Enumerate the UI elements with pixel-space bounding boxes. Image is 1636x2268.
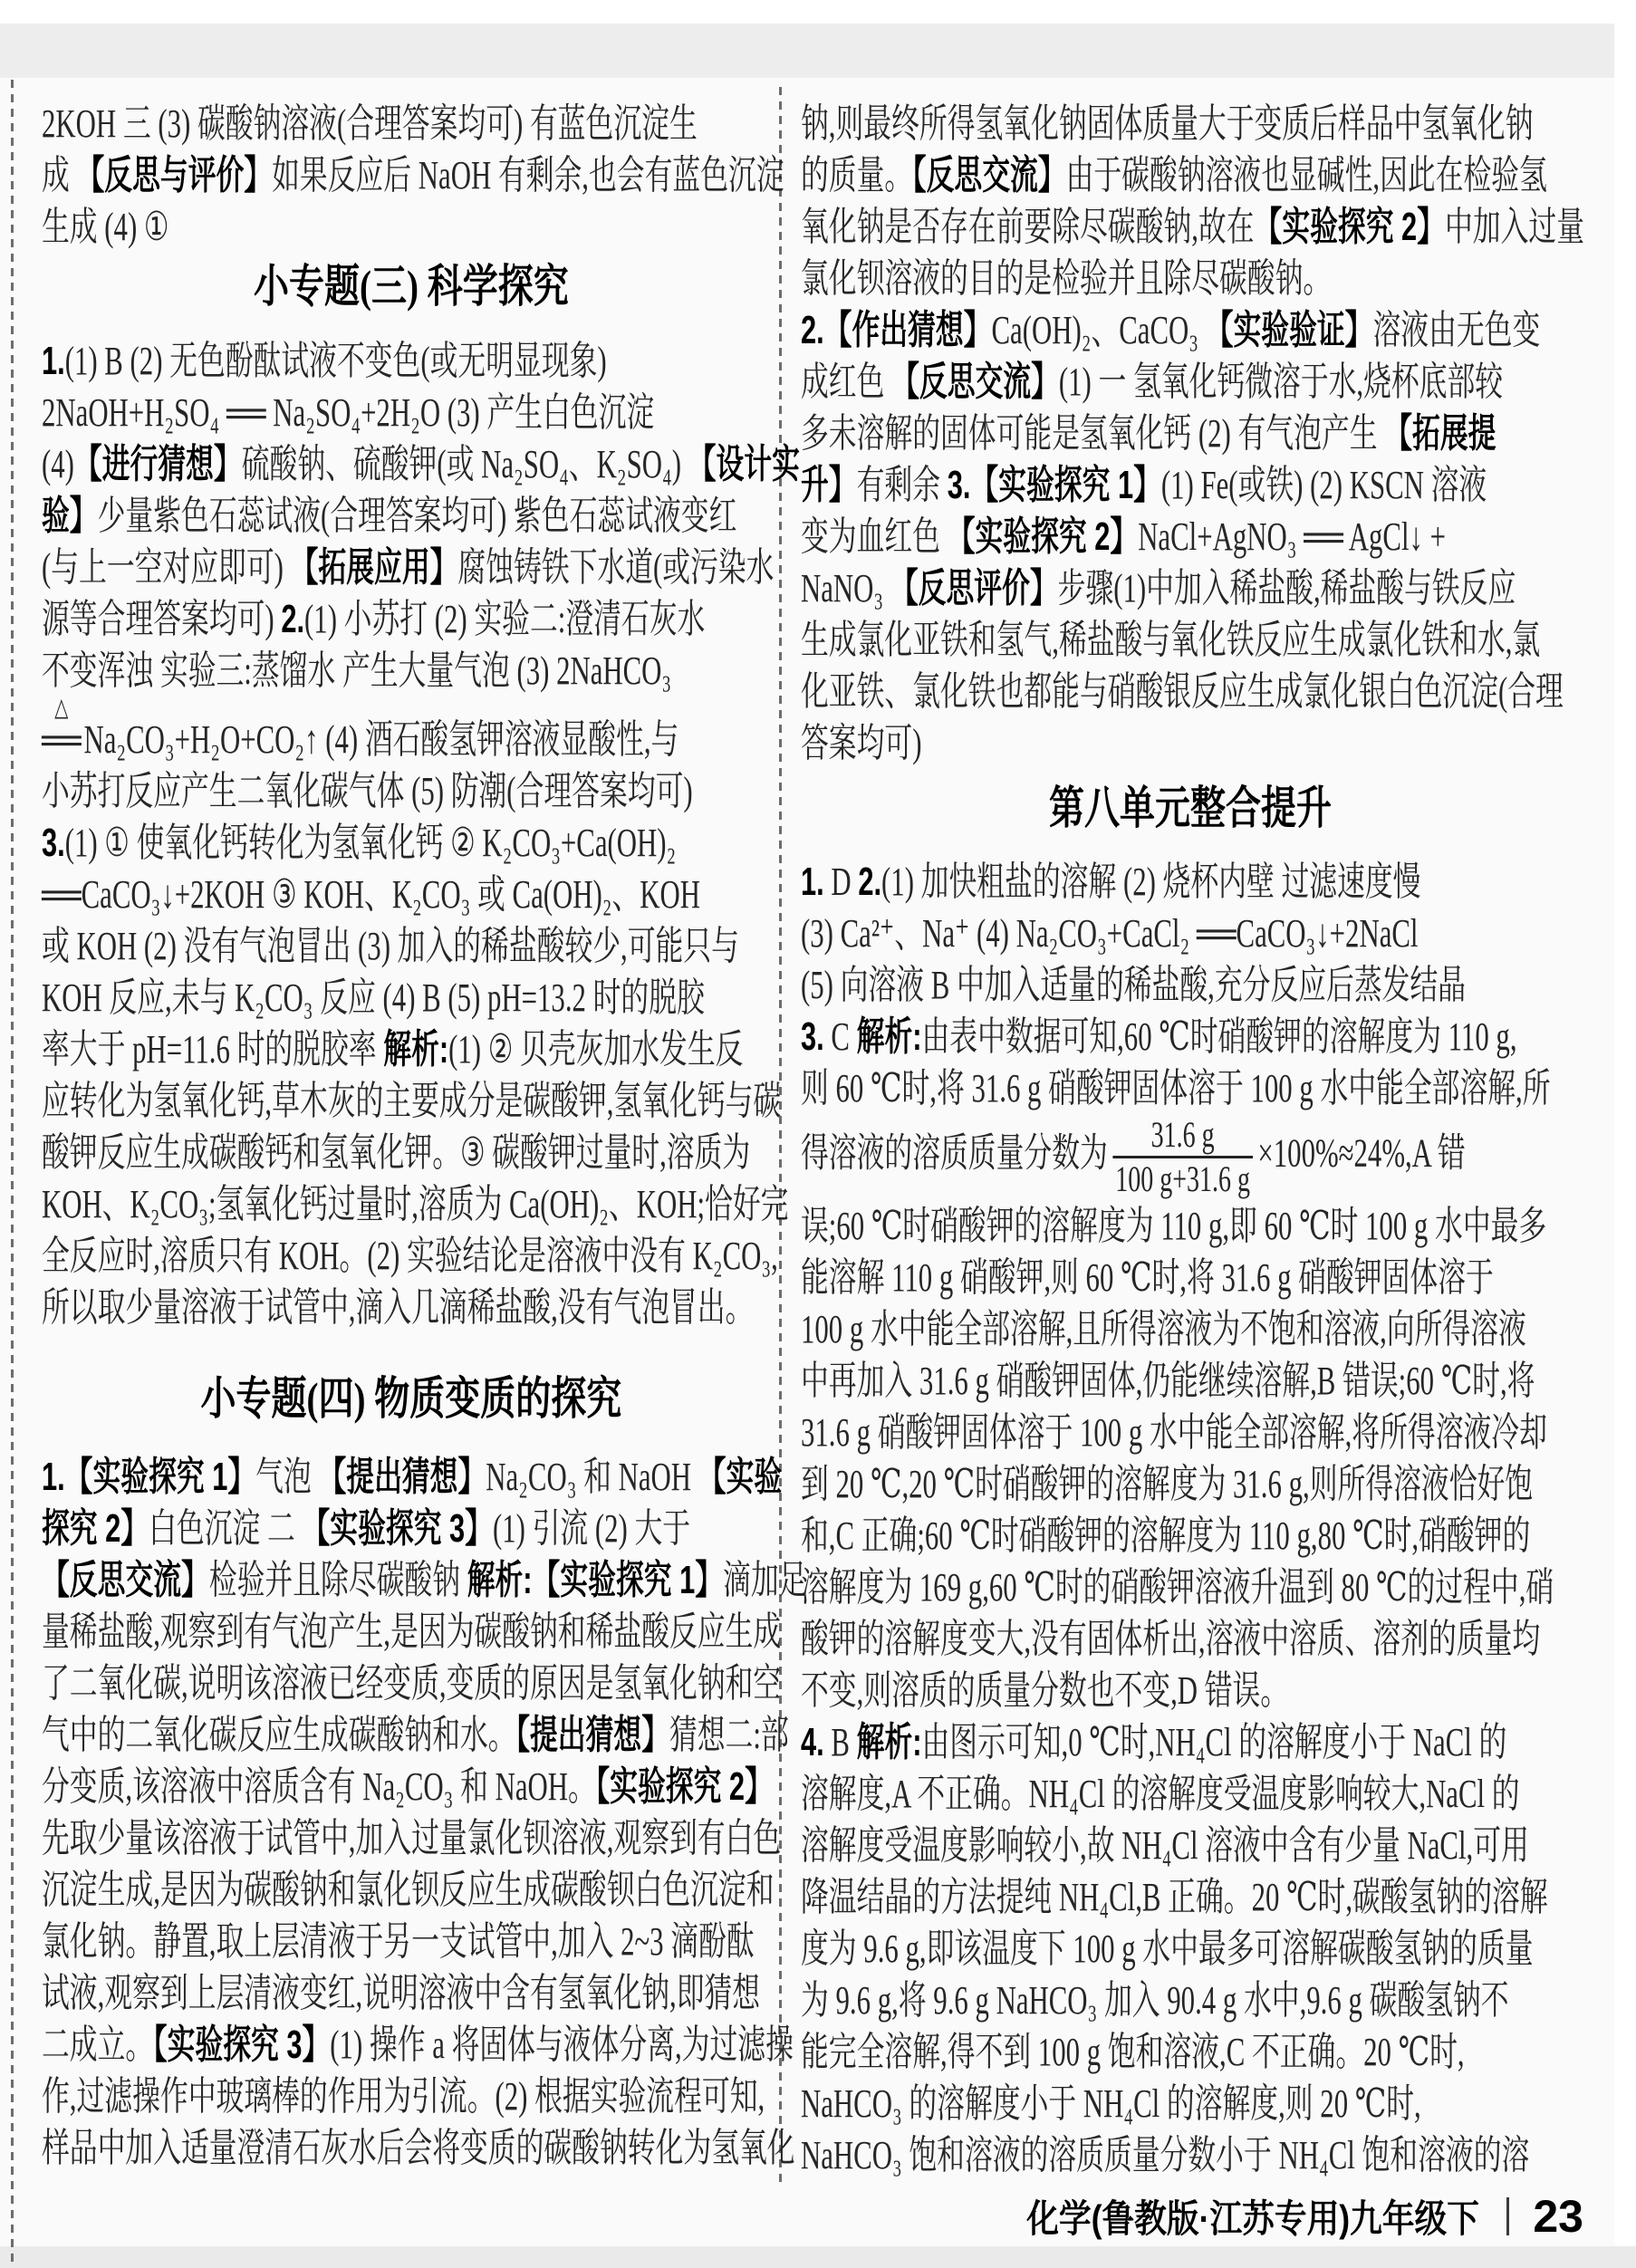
- text-run: 不变浑浊 实验三:蒸馏水 产生大量气泡 (3) 2NaHCO₃: [42, 649, 671, 693]
- page-footer: 化学(鲁教版·江苏专用)九年级下 23: [947, 2190, 1583, 2243]
- bold-label: 【进行猜想】: [74, 442, 242, 486]
- text-run: 答案均可): [801, 721, 921, 765]
- text-line: (5) 向溶液 B 中加入适量的稀盐酸,充分反应后蒸发结晶: [801, 959, 1581, 1011]
- bold-label: 3.: [801, 1014, 824, 1059]
- text-run: 度为 9.6 g,即该温度下 100 g 水中最多可溶解碳酸氢钠的质量: [801, 1927, 1534, 1971]
- text-line: 溶解度为 169 g,60 ℃时的硝酸钾溶液升温到 80 ℃的过程中,硝: [801, 1562, 1581, 1613]
- text-run: 沉淀生成,是因为碳酸钠和氯化钡反应生成碳酸钡白色沉淀和: [42, 1868, 775, 1912]
- text-run: 和,C 正确;60 ℃时硝酸钾的溶解度为 110 g,80 ℃时,硝酸钾的: [801, 1514, 1530, 1558]
- text-line: 验】少量紫色石蕊试液(合理答案均可) 紫色石蕊试液变红: [42, 490, 784, 542]
- text-line: 升】有剩余 3.【实验探究 1】(1) Fe(或铁) (2) KSCN 溶液: [801, 459, 1581, 511]
- text-line: 则 60 ℃时,将 31.6 g 硝酸钾固体溶于 100 g 水中能全部溶解,所: [801, 1062, 1581, 1114]
- text-run: (1) ② 贝壳灰加水发生反: [448, 1027, 743, 1072]
- text-run: 腐蚀铸铁下水道(或污染水: [457, 545, 774, 590]
- text-line: KOH 反应,未与 K₂CO₃ 反应 (4) B (5) pH=13.2 时的脱…: [42, 972, 784, 1023]
- text-run: 率大于 pH=11.6 时的脱胶率: [42, 1027, 383, 1072]
- text-line: 生成 (4) ①: [42, 201, 784, 253]
- left-edge-dashed-line: [11, 80, 14, 2268]
- text-line: 小苏打反应产生二氧化碳气体 (5) 防潮(合理答案均可): [42, 765, 784, 817]
- text-run: 检验并且除尽碳酸钠: [209, 1558, 467, 1602]
- text-line: 酸钾反应生成碳酸钙和氢氧化钾。③ 碳酸钾过量时,溶质为: [42, 1127, 784, 1178]
- text-run: (1) 加快粗盐的溶解 (2) 烧杯内壁 过滤速度慢: [881, 860, 1420, 904]
- text-run: 能完全溶解,得不到 100 g 饱和溶液,C 不正确。20 ℃时,: [801, 2030, 1465, 2074]
- text-run: 溶解度,A 不正确。NH₄Cl 的溶解度受温度影响较大,NaCl 的: [801, 1772, 1520, 1816]
- bold-label: 1.: [801, 860, 824, 904]
- text-line: 化亚铁、氯化铁也都能与硝酸银反应生成氯化银白色沉淀(合理: [801, 666, 1581, 717]
- fraction: 31.6 g100 g+31.6 g: [1112, 1114, 1252, 1200]
- heading-unit8: 第八单元整合提升: [801, 783, 1580, 833]
- text-run: 由表中数据可知,60 ℃时硝酸钾的溶解度为 110 g,: [922, 1014, 1517, 1059]
- text-run: 的质量。: [801, 153, 912, 197]
- text-line: 溶解度,A 不正确。NH₄Cl 的溶解度受温度影响较大,NaCl 的: [801, 1768, 1581, 1820]
- bold-label: 探究 2】: [42, 1506, 149, 1551]
- text-run: 应转化为氢氧化钙,草木灰的主要成分是碳酸钾,氢氧化钙与碳: [42, 1079, 781, 1123]
- text-run: NaNO₃: [801, 566, 890, 610]
- bold-label: 【实验验证】: [1206, 308, 1373, 352]
- text-run: 氯化钠。静置,取上层清液于另一支试管中,加入 2~3 滴酚酞: [42, 1919, 755, 1964]
- text-run: B: [824, 1720, 857, 1764]
- text-run: 不变,则溶质的质量分数也不变,D 错误。: [801, 1668, 1288, 1713]
- text-line: 1.【实验探究 1】气泡 【提出猜想】Na₂CO₃ 和 NaOH 【实验: [42, 1451, 784, 1503]
- text-line: 误;60 ℃时硝酸钾的溶解度为 110 g,即 60 ℃时 100 g 水中最多: [801, 1200, 1581, 1252]
- text-run: NaHCO₃ 饱和溶液的溶质质量分数小于 NH₄Cl 饱和溶液的溶: [801, 2133, 1529, 2177]
- bold-label: 【实验探究 2】: [596, 1764, 773, 1809]
- text-line: 100 g 水中能全部溶解,且所得溶液为不饱和溶液,向所得溶液: [801, 1303, 1581, 1355]
- bold-label: 4.: [801, 1720, 824, 1764]
- text-line: 降温结晶的方法提纯 NH₄Cl,B 正确。20 ℃时,碳酸氢钠的溶解: [801, 1871, 1581, 1923]
- text-run: (5) 向溶液 B 中加入适量的稀盐酸,充分反应后蒸发结晶: [801, 963, 1466, 1007]
- text-run: 猜想二:部: [669, 1713, 789, 1757]
- text-line: 或 KOH (2) 没有气泡冒出 (3) 加入的稀盐酸较少,可能只与: [42, 920, 784, 972]
- text-line: NaHCO₃ 的溶解度小于 NH₄Cl 的溶解度,则 20 ℃时,: [801, 2078, 1581, 2129]
- text-run: 气中的二氧化碳反应生成碳酸钠和水。: [42, 1713, 516, 1757]
- text-run: (1) Fe(或铁) (2) KSCN 溶液: [1161, 463, 1487, 507]
- bold-label: 2.【作出猜想】: [801, 308, 991, 352]
- bold-label: 升】: [801, 463, 857, 507]
- text-line: 的质量。【反思交流】由于碳酸钠溶液也显碱性,因此在检验氢: [801, 149, 1581, 201]
- text-run: 样品中加入适量澄清石灰水后会将变质的碳酸钠转化为氢氧化: [42, 2126, 795, 2170]
- reaction-condition-stack: △══: [42, 697, 82, 760]
- text-line: 源等合理答案均可) 2.(1) 小苏打 (2) 实验二:澄清石灰水: [42, 593, 784, 645]
- text-run: 变为血红色: [801, 514, 948, 559]
- text-run: 少量紫色石蕊试液(合理答案均可) 紫色石蕊试液变红: [98, 494, 737, 538]
- text-run: 先取少量该溶液于试管中,加入过量氯化钡溶液,观察到有白色: [42, 1816, 781, 1860]
- text-run: 酸钾反应生成碳酸钙和氢氧化钾。③ 碳酸钾过量时,溶质为: [42, 1130, 750, 1175]
- text-run: 则 60 ℃时,将 31.6 g 硝酸钾固体溶于 100 g 水中能全部溶解,所: [801, 1066, 1551, 1110]
- bold-label: 【拓展应用】: [291, 545, 458, 590]
- bold-label: 【实验探究 2】: [1255, 205, 1445, 249]
- fraction-numerator: 31.6 g: [1112, 1114, 1252, 1158]
- text-run: (1) 一 氢氧化钙微溶于水,烧杯底部较: [1059, 360, 1503, 404]
- bold-label: 【提出猜想】: [516, 1713, 669, 1757]
- text-run: 有剩余: [857, 463, 948, 507]
- text-line: ══CaCO₃↓+2KOH ③ KOH、K₂CO₃ 或 Ca(OH)₂、KOH: [42, 869, 784, 920]
- equals-sign: ══: [42, 720, 82, 760]
- text-line: 1. D 2.(1) 加快粗盐的溶解 (2) 烧杯内壁 过滤速度慢: [801, 856, 1581, 908]
- text-run: 滴加足: [723, 1558, 806, 1602]
- text-line: 中再加入 31.6 g 硝酸钾固体,仍能继续溶解,B 错误;60 ℃时,将: [801, 1355, 1581, 1407]
- text-line: 1.(1) B (2) 无色酚酞试液不变色(或无明显现象): [42, 335, 784, 387]
- text-line: NaHCO₃ 饱和溶液的溶质质量分数小于 NH₄Cl 饱和溶液的溶: [801, 2129, 1581, 2181]
- text-run: 二成立。: [42, 2023, 153, 2067]
- text-line: 量稀盐酸,观察到有气泡产生,是因为碳酸钠和稀盐酸反应生成: [42, 1606, 784, 1658]
- text-run: NaCl+AgNO₃ ══ AgCl↓ +: [1138, 514, 1446, 559]
- bold-label: 解析:: [383, 1027, 448, 1072]
- text-run: 步骤(1)中加入稀盐酸,稀盐酸与铁反应: [1058, 566, 1516, 610]
- text-line: 应转化为氢氧化钙,草木灰的主要成分是碳酸钾,氢氧化钙与碳: [42, 1075, 784, 1127]
- text-run: 酸钾的溶解度变大,没有固体析出,溶液中溶质、溶剂的质量均: [801, 1617, 1540, 1661]
- text-run: (1) 操作 a 将固体与液体分离,为过滤操: [330, 2023, 794, 2067]
- text-run: 或 KOH (2) 没有气泡冒出 (3) 加入的稀盐酸较少,可能只与: [42, 924, 739, 968]
- text-run: 试液,观察到上层清液变红,说明溶液中含有氢氧化钠,即猜想: [42, 1971, 760, 2015]
- text-run: ×100%≈24%,A 错: [1257, 1131, 1465, 1176]
- text-run: 氯化钡溶液的目的是检验并且除尽碳酸钠。: [801, 256, 1331, 301]
- text-run: 分变质,该溶液中溶质含有 Na₂CO₃ 和 NaOH。: [42, 1764, 596, 1809]
- text-line: 分变质,该溶液中溶质含有 Na₂CO₃ 和 NaOH。【实验探究 2】: [42, 1761, 784, 1812]
- text-run: 了二氧化碳,说明该溶液已经变质,变质的原因是氢氧化钠和空: [42, 1661, 781, 1706]
- bold-label: 解析:【实验探究 1】: [467, 1558, 723, 1602]
- text-line: 了二氧化碳,说明该溶液已经变质,变质的原因是氢氧化钠和空: [42, 1658, 784, 1709]
- text-run: D: [824, 860, 859, 904]
- text-line: 钠,则最终所得氢氧化钠固体质量大于变质后样品中氢氧化钠: [801, 98, 1581, 149]
- text-run: 成红色: [801, 360, 891, 404]
- text-run: 降温结晶的方法提纯 NH₄Cl,B 正确。20 ℃时,碳酸氢钠的溶解: [801, 1875, 1548, 1919]
- text-run: (1) 小苏打 (2) 实验二:澄清石灰水: [304, 597, 705, 641]
- footer-divider-bar: [1506, 2197, 1509, 2235]
- text-run: 量稀盐酸,观察到有气泡产生,是因为碳酸钠和稀盐酸反应生成: [42, 1610, 781, 1654]
- text-run: 中再加入 31.6 g 硝酸钾固体,仍能继续溶解,B 错误;60 ℃时,将: [801, 1359, 1535, 1403]
- text-run: 硫酸钠、硫酸钾(或 Na₂SO₄、K₂SO₄): [242, 442, 688, 486]
- text-line: 率大于 pH=11.6 时的脱胶率 解析:(1) ② 贝壳灰加水发生反: [42, 1023, 784, 1075]
- bold-label: 【实验探究 2】: [948, 514, 1138, 559]
- footer-book-title: 化学(鲁教版·江苏专用)九年级下: [1027, 2189, 1480, 2244]
- text-run: 由图示可知,0 ℃时,NH₄Cl 的溶解度小于 NaCl 的: [922, 1720, 1507, 1764]
- page-top-margin: [0, 0, 1636, 24]
- text-run: 如果反应后 NaOH 有剩余,也会有蓝色沉淀: [272, 153, 784, 197]
- scan-bottom-band: [0, 2246, 1636, 2268]
- bold-label: 1.: [42, 339, 65, 383]
- text-line: KOH、K₂CO₃;氢氧化钙过量时,溶质为 Ca(OH)₂、KOH;恰好完: [42, 1178, 784, 1230]
- text-line: 溶解度受温度影响较小,故 NH₄Cl 溶液中含有少量 NaCl,可用: [801, 1820, 1581, 1871]
- text-line: 答案均可): [801, 717, 1581, 769]
- bold-label: 【实验探究 3】: [153, 2023, 330, 2067]
- right-column-unit8-block: 1. D 2.(1) 加快粗盐的溶解 (2) 烧杯内壁 过滤速度慢(3) Ca²…: [801, 856, 1636, 2181]
- bold-label: 【实验探究 3】: [302, 1506, 492, 1551]
- text-line: 4. B 解析:由图示可知,0 ℃时,NH₄Cl 的溶解度小于 NaCl 的: [801, 1716, 1581, 1768]
- bold-label: 【反思评价】: [890, 566, 1058, 610]
- text-run: Na₂CO₃ 和 NaOH: [486, 1455, 698, 1499]
- text-run: 多未溶解的固体可能是氢氧化钙 (2) 有气泡产生: [801, 411, 1384, 456]
- text-run: 成: [42, 153, 77, 197]
- text-line: (4)【进行猜想】硫酸钠、硫酸钾(或 Na₂SO₄、K₂SO₄) 【设计实: [42, 438, 784, 490]
- text-line: 全反应时,溶质只有 KOH。(2) 实验结论是溶液中没有 K₂CO₃,: [42, 1230, 784, 1282]
- bold-label: 【提出猜想】: [318, 1455, 486, 1499]
- text-line: 所以取少量溶液于试管中,滴入几滴稀盐酸,没有气泡冒出。: [42, 1282, 784, 1333]
- text-run: Na₂CO₃+H₂O+CO₂↑ (4) 酒石酸氢钾溶液显酸性,与: [83, 717, 678, 762]
- text-line: 作,过滤操作中玻璃棒的作用为引流。(2) 根据实验流程可知,: [42, 2071, 784, 2122]
- text-run: 100 g 水中能全部溶解,且所得溶液为不饱和溶液,向所得溶液: [801, 1307, 1526, 1351]
- text-line: 2NaOH+H₂SO₄ ══ Na₂SO₄+2H₂O (3) 产生白色沉淀: [42, 387, 784, 438]
- text-run: 由于碳酸钠溶液也显碱性,因此在检验氢: [1066, 153, 1547, 197]
- bold-label: 【反思交流】: [912, 153, 1065, 197]
- text-run: 为 9.6 g,将 9.6 g NaHCO₃ 加入 90.4 g 水中,9.6 …: [801, 1978, 1509, 2023]
- heading-topic3: 小专题(三) 科学探究: [42, 261, 781, 312]
- text-line: 能溶解 110 g 硝酸钾,则 60 ℃时,将 31.6 g 硝酸钾固体溶于: [801, 1252, 1581, 1303]
- text-run: 得溶液的溶质质量分数为: [801, 1131, 1108, 1176]
- text-line: 沉淀生成,是因为碳酸钠和氯化钡反应生成碳酸钡白色沉淀和: [42, 1864, 784, 1916]
- text-line: 成 【反思与评价】如果反应后 NaOH 有剩余,也会有蓝色沉淀: [42, 149, 784, 201]
- text-run: 化亚铁、氯化铁也都能与硝酸银反应生成氯化银白色沉淀(合理: [801, 669, 1564, 714]
- text-run: 溶解度受温度影响较小,故 NH₄Cl 溶液中含有少量 NaCl,可用: [801, 1823, 1529, 1868]
- text-run: 钠,则最终所得氢氧化钠固体质量大于变质后样品中氢氧化钠: [801, 101, 1534, 146]
- text-run: (与上一空对应即可): [42, 545, 291, 590]
- text-line: 氯化钡溶液的目的是检验并且除尽碳酸钠。: [801, 253, 1581, 304]
- bold-label: 【拓展提: [1384, 411, 1496, 456]
- right-column-continued-block: 钠,则最终所得氢氧化钠固体质量大于变质后样品中氢氧化钠的质量。【反思交流】由于碳…: [801, 98, 1636, 769]
- text-run: 作,过滤操作中玻璃棒的作用为引流。(2) 根据实验流程可知,: [42, 2074, 765, 2119]
- text-run: 溶液由无色变: [1372, 308, 1540, 352]
- bold-label: 2.: [281, 597, 304, 641]
- text-line: 氯化钠。静置,取上层清液于另一支试管中,加入 2~3 滴酚酞: [42, 1916, 784, 1967]
- text-run: (3) Ca²⁺、Na⁺ (4) Na₂CO₃+CaCl₂ ══CaCO₃↓+2…: [801, 911, 1418, 956]
- text-line: 成红色 【反思交流】(1) 一 氢氧化钙微溶于水,烧杯底部较: [801, 356, 1581, 408]
- text-line: 为 9.6 g,将 9.6 g NaHCO₃ 加入 90.4 g 水中,9.6 …: [801, 1975, 1581, 2026]
- text-line: 酸钾的溶解度变大,没有固体析出,溶液中溶质、溶剂的质量均: [801, 1613, 1581, 1665]
- bold-label: 验】: [42, 494, 98, 538]
- bold-label: 【实验: [698, 1455, 782, 1499]
- text-line: 3.(1) ① 使氧化钙转化为氢氧化钙 ② K₂CO₃+Ca(OH)₂: [42, 817, 784, 869]
- text-line: 不变浑浊 实验三:蒸馏水 产生大量气泡 (3) 2NaHCO₃: [42, 645, 784, 697]
- text-line: 变为血红色 【实验探究 2】NaCl+AgNO₃ ══ AgCl↓ +: [801, 511, 1581, 562]
- text-line: 2KOH 三 (3) 碳酸钠溶液(合理答案均可) 有蓝色沉淀生: [42, 98, 784, 149]
- text-run: 源等合理答案均可): [42, 597, 281, 641]
- text-run: C: [824, 1014, 857, 1059]
- heading-unit8-text: 第八单元整合提升: [1049, 783, 1332, 833]
- bold-label: 【设计实: [688, 442, 800, 486]
- text-run: (1) B (2) 无色酚酞试液不变色(或无明显现象): [65, 339, 607, 383]
- text-run: NaHCO₃ 的溶解度小于 NH₄Cl 的溶解度,则 20 ℃时,: [801, 2081, 1421, 2126]
- heading-topic4-text: 小专题(四) 物质变质的探究: [201, 1373, 622, 1424]
- text-line: 得溶液的溶质质量分数为31.6 g100 g+31.6 g×100%≈24%,A…: [801, 1114, 1581, 1200]
- text-run: 全反应时,溶质只有 KOH。(2) 实验结论是溶液中没有 K₂CO₃,: [42, 1234, 778, 1278]
- text-line: 生成氯化亚铁和氢气,稀盐酸与氧化铁反应生成氯化铁和水,氯: [801, 614, 1581, 666]
- bold-label: 【反思与评价】: [77, 153, 273, 197]
- text-run: 气泡: [255, 1455, 318, 1499]
- text-run: 生成 (4) ①: [42, 205, 169, 249]
- bold-label: 【反思交流】: [42, 1558, 209, 1602]
- text-run: 2KOH 三 (3) 碳酸钠溶液(合理答案均可) 有蓝色沉淀生: [42, 101, 698, 146]
- text-run: ══CaCO₃↓+2KOH ③ KOH、K₂CO₃ 或 Ca(OH)₂、KOH: [42, 872, 700, 917]
- text-line: 【反思交流】检验并且除尽碳酸钠 解析:【实验探究 1】滴加足: [42, 1554, 784, 1606]
- text-run: 所以取少量溶液于试管中,滴入几滴稀盐酸,没有气泡冒出。: [42, 1285, 753, 1330]
- text-line: 到 20 ℃,20 ℃时硝酸钾的溶解度为 31.6 g,则所得溶液恰好饱: [801, 1458, 1581, 1510]
- text-line: 先取少量该溶液于试管中,加入过量氯化钡溶液,观察到有白色: [42, 1812, 784, 1864]
- bold-label: 解析:: [857, 1720, 922, 1764]
- scan-gray-band: [0, 24, 1636, 78]
- text-run: 生成氯化亚铁和氢气,稀盐酸与氧化铁反应生成氯化铁和水,氯: [801, 618, 1540, 662]
- text-line: 氧化钠是否存在前要除尽碳酸钠,故在【实验探究 2】中加入过量: [801, 201, 1581, 253]
- bold-label: 3.: [42, 821, 65, 865]
- text-line: 试液,观察到上层清液变红,说明溶液中含有氢氧化钠,即猜想: [42, 1967, 784, 2019]
- text-line: 2.【作出猜想】Ca(OH)₂、CaCO₃ 【实验验证】溶液由无色变: [801, 304, 1581, 356]
- text-line: (3) Ca²⁺、Na⁺ (4) Na₂CO₃+CaCl₂ ══CaCO₃↓+2…: [801, 908, 1581, 959]
- text-run: 氧化钠是否存在前要除尽碳酸钠,故在: [801, 205, 1255, 249]
- bold-label: 1.【实验探究 1】: [42, 1455, 255, 1499]
- text-line: (与上一空对应即可) 【拓展应用】腐蚀铸铁下水道(或污染水: [42, 542, 784, 593]
- text-line: 能完全溶解,得不到 100 g 饱和溶液,C 不正确。20 ℃时,: [801, 2026, 1581, 2078]
- text-run: (1) 引流 (2) 大于: [493, 1506, 690, 1551]
- text-run: KOH 反应,未与 K₂CO₃ 反应 (4) B (5) pH=13.2 时的脱…: [42, 975, 705, 1020]
- text-run: 中加入过量: [1445, 205, 1584, 249]
- bold-label: 3.【实验探究 1】: [948, 463, 1161, 507]
- text-run: 小苏打反应产生二氧化碳气体 (5) 防潮(合理答案均可): [42, 769, 693, 813]
- text-line: 不变,则溶质的质量分数也不变,D 错误。: [801, 1665, 1581, 1716]
- bold-label: 解析:: [857, 1014, 922, 1059]
- text-run: 误;60 ℃时硝酸钾的溶解度为 110 g,即 60 ℃时 100 g 水中最多: [801, 1204, 1546, 1248]
- text-run: 2NaOH+H₂SO₄ ══ Na₂SO₄+2H₂O (3) 产生白色沉淀: [42, 390, 654, 435]
- footer-page-number: 23: [1533, 2190, 1583, 2243]
- text-run: Ca(OH)₂、CaCO₃: [991, 308, 1205, 352]
- fraction-denominator: 100 g+31.6 g: [1112, 1158, 1252, 1200]
- heading-topic3-text: 小专题(三) 科学探究: [254, 261, 569, 312]
- text-run: 能溶解 110 g 硝酸钾,则 60 ℃时,将 31.6 g 硝酸钾固体溶于: [801, 1255, 1494, 1300]
- text-line: 二成立。【实验探究 3】(1) 操作 a 将固体与液体分离,为过滤操: [42, 2019, 784, 2071]
- text-run: 31.6 g 硝酸钾固体溶于 100 g 水中能全部溶解,将所得溶液冷却: [801, 1410, 1547, 1455]
- text-line: 多未溶解的固体可能是氢氧化钙 (2) 有气泡产生 【拓展提: [801, 408, 1581, 459]
- text-line: 样品中加入适量澄清石灰水后会将变质的碳酸钠转化为氢氧化: [42, 2122, 784, 2174]
- text-run: KOH、K₂CO₃;氢氧化钙过量时,溶质为 Ca(OH)₂、KOH;恰好完: [42, 1182, 788, 1226]
- text-run: (1) ① 使氧化钙转化为氢氧化钙 ② K₂CO₃+Ca(OH)₂: [65, 821, 677, 865]
- bold-label: 2.: [858, 860, 881, 904]
- text-run: 溶解度为 169 g,60 ℃时的硝酸钾溶液升温到 80 ℃的过程中,硝: [801, 1565, 1554, 1610]
- text-line: 31.6 g 硝酸钾固体溶于 100 g 水中能全部溶解,将所得溶液冷却: [801, 1407, 1581, 1458]
- text-run: 白色沉淀 二: [149, 1506, 302, 1551]
- heading-topic4: 小专题(四) 物质变质的探究: [42, 1373, 781, 1424]
- text-line: 探究 2】白色沉淀 二 【实验探究 3】(1) 引流 (2) 大于: [42, 1503, 784, 1554]
- text-line: 3. C 解析:由表中数据可知,60 ℃时硝酸钾的溶解度为 110 g,: [801, 1011, 1581, 1062]
- bold-label: 【反思交流】: [891, 360, 1059, 404]
- text-line: 和,C 正确;60 ℃时硝酸钾的溶解度为 110 g,80 ℃时,硝酸钾的: [801, 1510, 1581, 1562]
- text-line: △══Na₂CO₃+H₂O+CO₂↑ (4) 酒石酸氢钾溶液显酸性,与: [42, 697, 784, 765]
- text-run: (4): [42, 442, 74, 486]
- text-line: NaNO₃ 【反思评价】步骤(1)中加入稀盐酸,稀盐酸与铁反应: [801, 562, 1581, 614]
- text-line: 度为 9.6 g,即该温度下 100 g 水中最多可溶解碳酸氢钠的质量: [801, 1923, 1581, 1975]
- text-line: 气中的二氧化碳反应生成碳酸钠和水。【提出猜想】猜想二:部: [42, 1709, 784, 1761]
- text-run: 到 20 ℃,20 ℃时硝酸钾的溶解度为 31.6 g,则所得溶液恰好饱: [801, 1462, 1533, 1506]
- scanned-answer-page: 2KOH 三 (3) 碳酸钠溶液(合理答案均可) 有蓝色沉淀生成 【反思与评价】…: [0, 0, 1636, 2268]
